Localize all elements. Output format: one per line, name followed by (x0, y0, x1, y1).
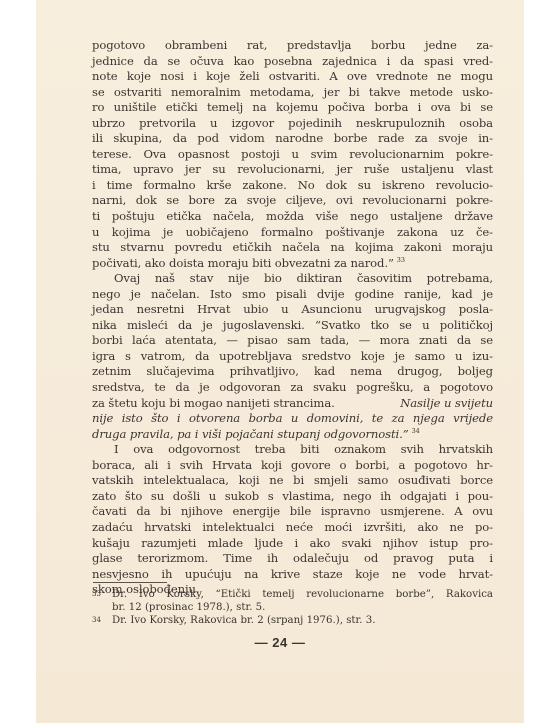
text-line: note koje nosi i koje želi ostvariti. A … (92, 69, 493, 85)
text-line: zadaću hrvatski intelektualci neće moći … (92, 520, 493, 536)
footnote-line: Dr. Ivo Korsky, Rakovica br. 2 (srpanj 1… (112, 614, 493, 627)
page-number: — 24 — (36, 635, 524, 650)
footnote-text: Dr. Ivo Korsky, Rakovica br. 2 (srpanj 1… (112, 614, 493, 627)
text-line: zetnim slučajevima prihvatljivo, kad nem… (92, 364, 493, 380)
text-line: sredstva, te da je odgovoran za svaku po… (92, 380, 493, 396)
text-line: i time formalno krše zakone. No dok su i… (92, 178, 493, 194)
text-line: terese. Ova opasnost postoji u svim revo… (92, 147, 493, 163)
footnote-number: 34 (92, 614, 101, 627)
text-line: u kojima je uobičajeno formalno poštivan… (92, 225, 493, 241)
text-line: nesvjesno ih upućuju na krive staze koje… (92, 567, 493, 583)
paragraph-start: I ova odgovornost treba biti oznakom svi… (92, 442, 493, 458)
text-line: igra s vatrom, da upotrebljava sredstvo … (92, 349, 493, 365)
text-line: nika misleći da je jugoslavenski. “Svatk… (92, 318, 493, 334)
text-line: ubrzo pretvorila u izgovor pojedinih nes… (92, 116, 493, 132)
text-line: se ostvariti nemoralnim metodama, jer bi… (92, 85, 493, 101)
text-line: čavati da bi njihove energije bile ispra… (92, 504, 493, 520)
text-line: jednice da se očuva kao posebna zajednic… (92, 54, 493, 70)
footnote-33: 33 Dr. Ivo Korsky, “Etički temelj revolu… (92, 588, 493, 614)
text-line: ili skupina, da pod vidom narodne borbe … (92, 131, 493, 147)
quote-end: počivati, ako doista moraju biti obvezat… (92, 256, 394, 270)
footnote-line: Dr. Ivo Korsky, “Etički temelj revolucio… (112, 588, 493, 601)
italic-line: nije isto što i otvorena borba u domovin… (92, 411, 493, 427)
body-text: pogotovo obrambeni rat, predstavlja borb… (92, 38, 493, 598)
text-line: za štetu koju bi mogao nanijeti strancim… (92, 396, 493, 412)
text-line: narni, dok se bore za svoje ciljeve, ovi… (92, 193, 493, 209)
text-line: tima, upravo jer su revolucionarni, jer … (92, 162, 493, 178)
footnote-ref-34[interactable]: 34 (412, 427, 420, 435)
text-line: boraca, ali i svih Hrvata koji govore o … (92, 458, 493, 474)
text-line: nego je načelan. Isto smo pisali dvije g… (92, 287, 493, 303)
text-line: kušaju razumjeti mlade ljude i ako svaki… (92, 536, 493, 552)
text-line: zato što su došli u sukob s vlastima, ne… (92, 489, 493, 505)
text-line: jedan nesretni Hrvat ubio u Asuncionu ur… (92, 302, 493, 318)
text-line: počivati, ako doista moraju biti obvezat… (92, 256, 493, 272)
footnote-number: 33 (92, 588, 101, 601)
text-line: ti poštuju etička načela, možda više neg… (92, 209, 493, 225)
book-page: pogotovo obrambeni rat, predstavlja borb… (36, 0, 524, 723)
footnote-34: 34 Dr. Ivo Korsky, Rakovica br. 2 (srpan… (92, 614, 493, 627)
italic-quote-end: druga pravila, pa i viši pojačani stupan… (92, 427, 409, 441)
footnote-line: br. 12 (prosinac 1978.), str. 5. (112, 601, 493, 614)
text-line: ro uništile etički temelj na kojemu poči… (92, 100, 493, 116)
text-line: pogotovo obrambeni rat, predstavlja borb… (92, 38, 493, 54)
footnote-text: Dr. Ivo Korsky, “Etički temelj revolucio… (112, 588, 493, 614)
italic-line: druga pravila, pa i viši pojačani stupan… (92, 427, 493, 443)
text-line: stu stvarnu povredu etičkih načela na ko… (92, 240, 493, 256)
text-line: borbi laća atentata, — pisao sam tada, —… (92, 333, 493, 349)
italic-quote: Nasilje u svijetu (400, 396, 493, 412)
paragraph-start: Ovaj naš stav nije bio diktiran časoviti… (92, 271, 493, 287)
text-fragment: za štetu koju bi mogao nanijeti strancim… (92, 396, 335, 412)
footnote-separator (93, 582, 167, 583)
text-line: glase terorizmom. Time ih odalečuju od p… (92, 551, 493, 567)
footnotes: 33 Dr. Ivo Korsky, “Etički temelj revolu… (92, 588, 493, 628)
footnote-ref-33[interactable]: 33 (397, 256, 405, 264)
text-line: vatskih intelektualaca, koji ne bi smjel… (92, 473, 493, 489)
